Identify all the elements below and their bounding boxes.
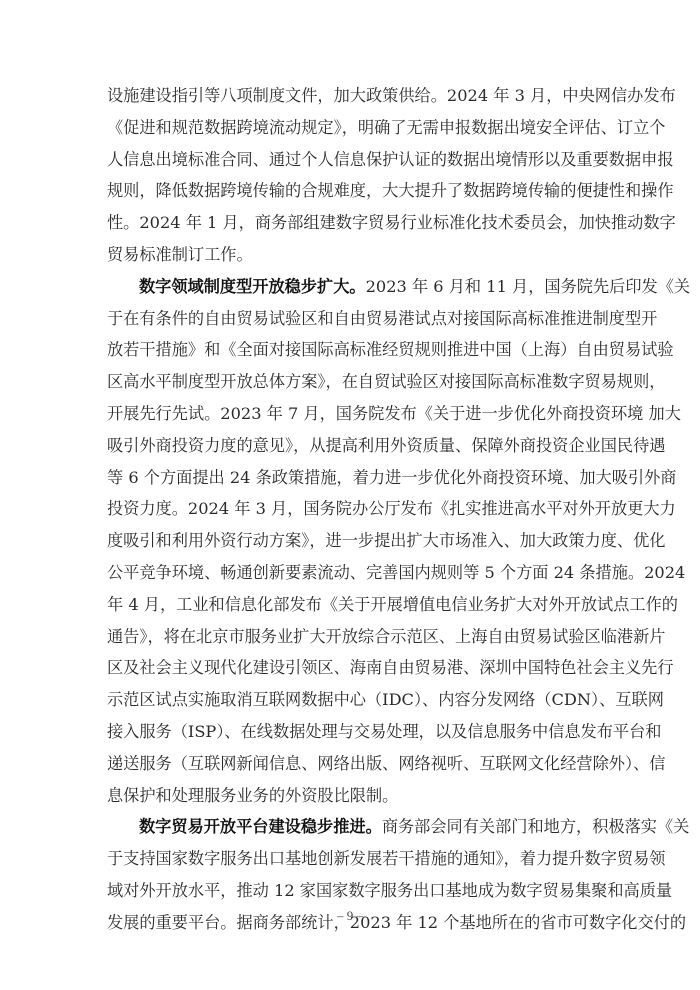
paragraph-heading: 数字贸易开放平台建设稳步推进。 bbox=[139, 817, 382, 836]
paragraph-2: 数字领域制度型开放稳步扩大。2023 年 6 月和 11 月，国务院先后印发《关… bbox=[107, 271, 594, 812]
text-line: 息保护和处理服务业务的外资股比限制。 bbox=[107, 780, 594, 812]
text-line: 年 4 月，工业和信息化部发布《关于开展增值电信业务扩大对外开放试点工作的 bbox=[107, 589, 594, 621]
text-line: 区高水平制度型开放总体方案》，在自贸试验区对接国际高标准数字贸易规则， bbox=[107, 366, 594, 398]
text-line: 示范区试点实施取消互联网数据中心（IDC）、内容分发网络（CDN）、互联网 bbox=[107, 684, 594, 716]
text-line: 于在有条件的自由贸易试验区和自由贸易港试点对接国际高标准推进制度型开 bbox=[107, 303, 594, 335]
text-line: 规则，降低数据跨境传输的合规难度，大大提升了数据跨境传输的便捷性和操作 bbox=[107, 175, 594, 207]
text-line: 人信息出境标准合同、通过个人信息保护认证的数据出境情形以及重要数据申报 bbox=[107, 144, 594, 176]
text-line: 放若干措施》和《全面对接国际高标准经贸规则推进中国（上海）自由贸易试验 bbox=[107, 334, 594, 366]
text-line: 投资力度。2024 年 3 月，国务院办公厅发布《扎实推进高水平对外开放更大力 bbox=[107, 493, 594, 525]
page-number: – 9 – bbox=[0, 908, 700, 924]
text-line: 开展先行先试。2023 年 7 月，国务院发布《关于进一步优化外商投资环境 加大 bbox=[107, 398, 594, 430]
text-line: 《促进和规范数据跨境流动规定》，明确了无需申报数据出境安全评估、订立个 bbox=[107, 112, 594, 144]
text-run: 2023 年 6 月和 11 月，国务院先后印发《关 bbox=[366, 277, 690, 296]
text-line: 设施建设指引等八项制度文件，加大政策供给。2024 年 3 月，中央网信办发布 bbox=[107, 80, 594, 112]
paragraph-heading: 数字领域制度型开放稳步扩大。 bbox=[139, 277, 366, 296]
text-line: 公平竞争环境、畅通创新要素流动、完善国内规则等 5 个方面 24 条措施。202… bbox=[107, 557, 594, 589]
text-line: 接入服务（ISP）、在线数据处理与交易处理，以及信息服务中信息发布平台和 bbox=[107, 716, 594, 748]
text-run: 商务部会同有关部门和地方，积极落实《关 bbox=[382, 817, 690, 836]
text-line: 于支持国家数字服务出口基地创新发展若干措施的通知》，着力提升数字贸易领 bbox=[107, 843, 594, 875]
text-line: 贸易标准制订工作。 bbox=[107, 239, 594, 271]
document-body: 设施建设指引等八项制度文件，加大政策供给。2024 年 3 月，中央网信办发布 … bbox=[107, 80, 594, 939]
text-line: 通告》，将在北京市服务业扩大开放综合示范区、上海自由贸易试验区临港新片 bbox=[107, 621, 594, 653]
text-line: 性。2024 年 1 月，商务部组建数字贸易行业标准化技术委员会，加快推动数字 bbox=[107, 207, 594, 239]
text-line: 递送服务（互联网新闻信息、网络出版、网络视听、互联网文化经营除外）、信 bbox=[107, 748, 594, 780]
text-line: 区及社会主义现代化建设引领区、海南自由贸易港、深圳中国特色社会主义先行 bbox=[107, 652, 594, 684]
text-line: 域对外开放水平，推动 12 家国家数字服务出口基地成为数字贸易集聚和高质量 bbox=[107, 875, 594, 907]
text-line: 数字贸易开放平台建设稳步推进。商务部会同有关部门和地方，积极落实《关 bbox=[107, 811, 594, 843]
text-line: 数字领域制度型开放稳步扩大。2023 年 6 月和 11 月，国务院先后印发《关 bbox=[107, 271, 594, 303]
text-line: 度吸引和利用外资行动方案》，进一步提出扩大市场准入、加大政策力度、优化 bbox=[107, 525, 594, 557]
text-line: 等 6 个方面提出 24 条政策措施，着力进一步优化外商投资环境、加大吸引外商 bbox=[107, 462, 594, 494]
text-line: 吸引外商投资力度的意见》，从提高利用外资质量、保障外商投资企业国民待遇 bbox=[107, 430, 594, 462]
paragraph-1: 设施建设指引等八项制度文件，加大政策供给。2024 年 3 月，中央网信办发布 … bbox=[107, 80, 594, 271]
